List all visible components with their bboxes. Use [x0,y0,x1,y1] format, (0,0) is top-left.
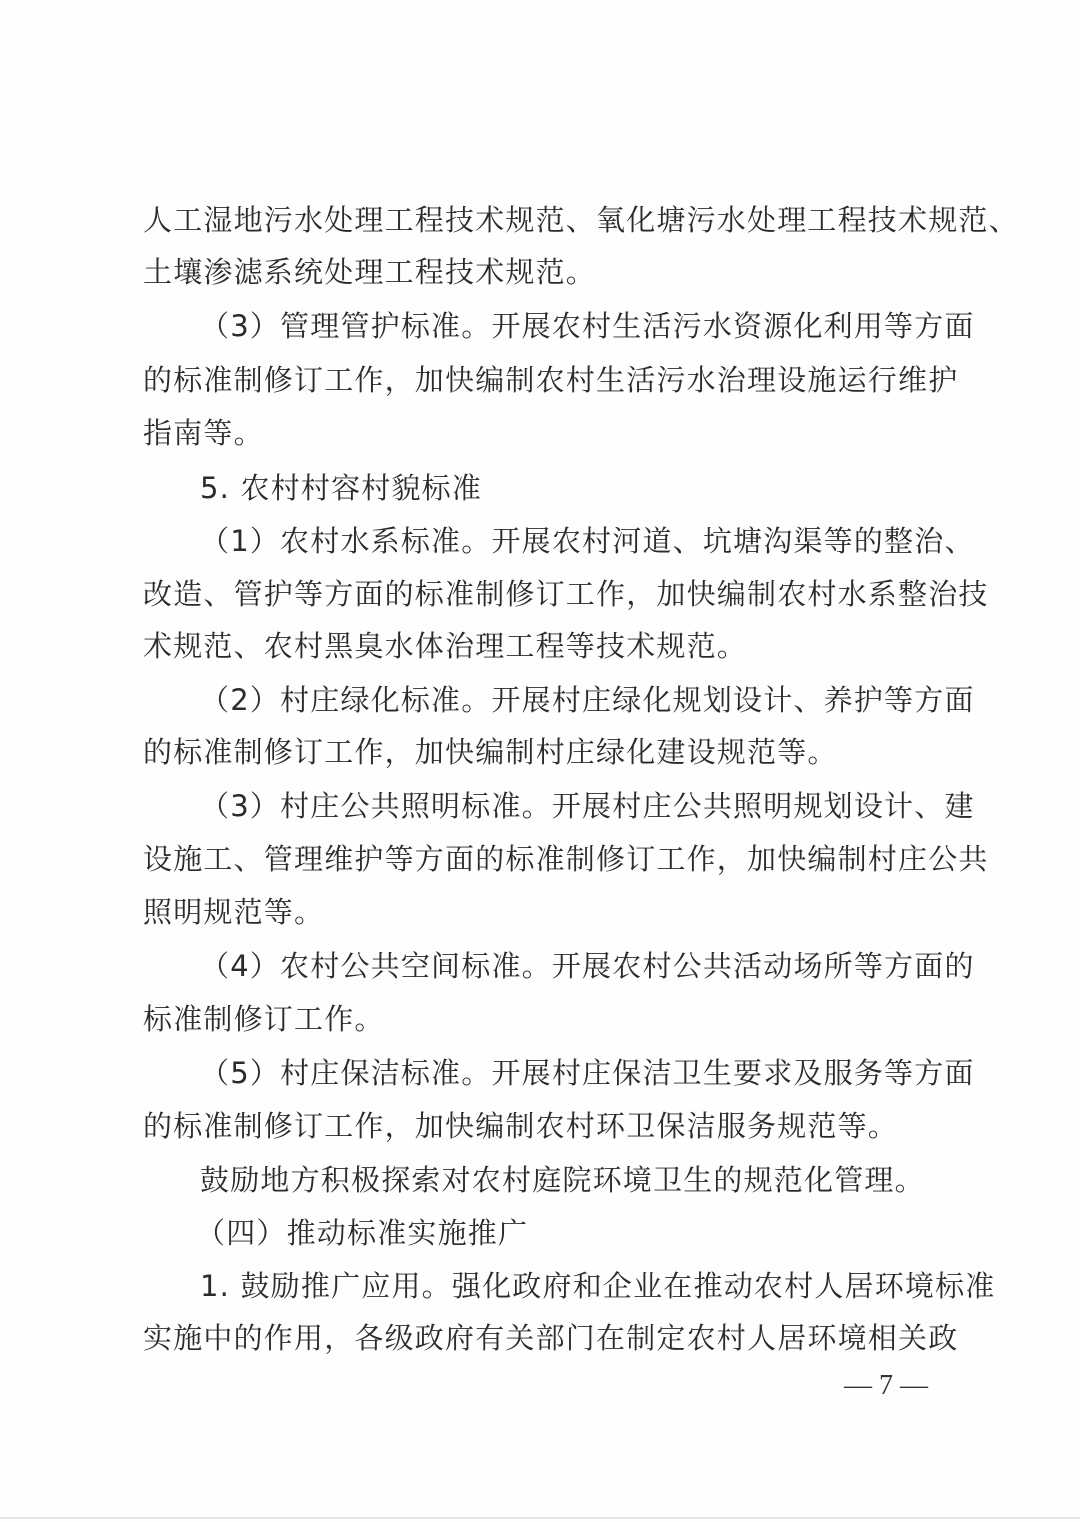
body-text-line: 的标准制修订工作，加快编制农村生活污水治理设施运行维护 [143,360,953,400]
subsection-heading-line: （2）村庄绿化标准。开展村庄绿化规划设计、养护等方面 [200,680,953,720]
subsection-heading-line: （5）村庄保洁标准。开展村庄保洁卫生要求及服务等方面 [200,1053,953,1093]
body-text-line: 指南等。 [143,413,953,453]
body-text-line: 标准制修订工作。 [143,999,953,1039]
body-text-line: 术规范、农村黑臭水体治理工程等技术规范。 [143,626,953,666]
body-text-line: 设施工、管理维护等方面的标准制修订工作，加快编制村庄公共 [143,839,953,879]
page-number: — 7 — [836,1368,936,1404]
document-page: 人工湿地污水处理工程技术规范、氧化塘污水处理工程技术规范、 土壤渗滤系统处理工程… [0,0,1080,1522]
body-text-line: 照明规范等。 [143,892,953,932]
section-heading: 5. 农村村容村貌标准 [200,468,953,508]
subsection-heading-line: （3）管理管护标准。开展农村生活污水资源化利用等方面 [200,306,953,346]
body-text-line: 土壤渗滤系统处理工程技术规范。 [143,252,953,292]
body-text-line: 的标准制修订工作，加快编制农村环卫保洁服务规范等。 [143,1106,953,1146]
body-text-line: 实施中的作用，各级政府有关部门在制定农村人居环境相关政 [143,1318,953,1358]
body-text-line: 的标准制修订工作，加快编制村庄绿化建设规范等。 [143,732,953,772]
subsection-heading-line: （1）农村水系标准。开展农村河道、坑塘沟渠等的整治、 [200,521,953,561]
subsection-heading-line: （4）农村公共空间标准。开展农村公共活动场所等方面的 [200,946,953,986]
body-text-line: 改造、管护等方面的标准制修订工作，加快编制农村水系整治技 [143,574,953,614]
section-heading: （四）推动标准实施推广 [196,1213,949,1253]
subsection-heading-line: 1. 鼓励推广应用。强化政府和企业在推动农村人居环境标准 [200,1266,953,1306]
page-edge-divider [0,1517,1080,1519]
body-text-line: 鼓励地方积极探索对农村庭院环境卫生的规范化管理。 [200,1160,953,1200]
subsection-heading-line: （3）村庄公共照明标准。开展村庄公共照明规划设计、建 [200,786,953,826]
body-text-line: 人工湿地污水处理工程技术规范、氧化塘污水处理工程技术规范、 [143,200,953,240]
